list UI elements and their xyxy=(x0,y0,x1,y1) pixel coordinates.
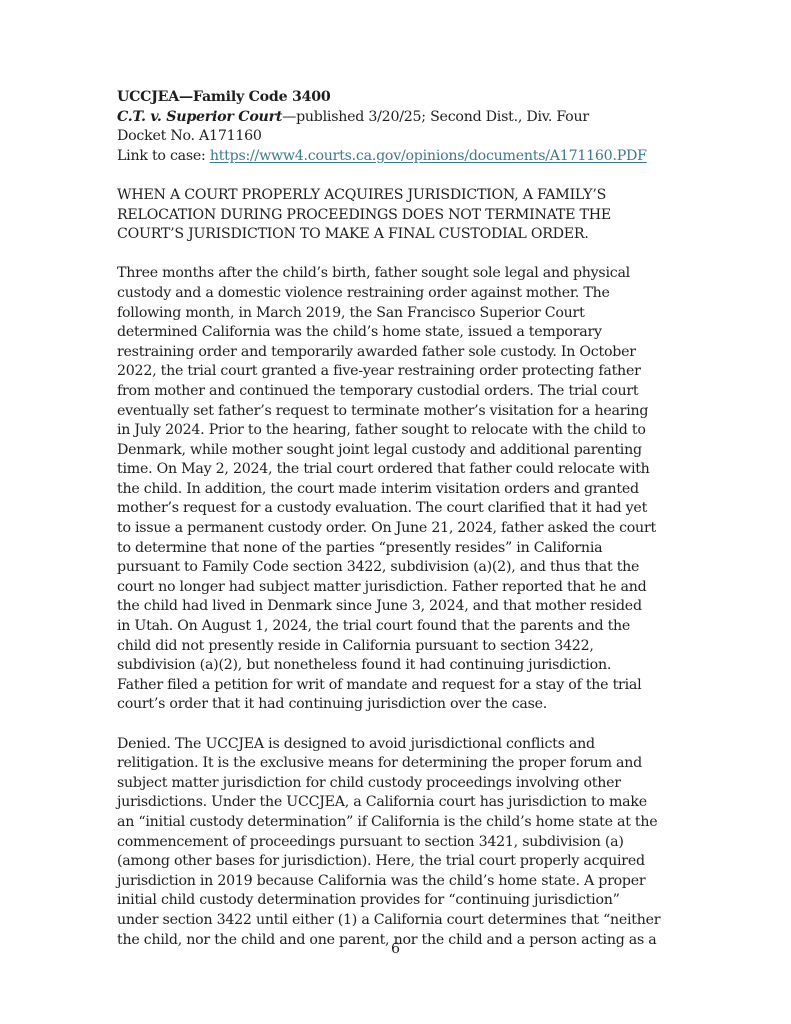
paragraph-line: determined California was the child’s ho… xyxy=(117,323,687,343)
paragraph-line: relitigation. It is the exclusive means … xyxy=(117,754,687,774)
paragraph-line: under section 3422 until either (1) a Ca… xyxy=(117,911,687,931)
paragraph-line: Three months after the child’s birth, fa… xyxy=(117,264,687,284)
paragraph-line: pursuant to Family Code section 3422, su… xyxy=(117,558,687,578)
paragraph-line: to issue a permanent custody order. On J… xyxy=(117,519,687,539)
paragraph-line: time. On May 2, 2024, the trial court or… xyxy=(117,460,687,480)
paragraph-line: commencement of proceedings pursuant to … xyxy=(117,833,687,853)
headline-line: RELOCATION DURING PROCEEDINGS DOES NOT T… xyxy=(117,206,687,226)
headline-line: COURT’S JURISDICTION TO MAKE A FINAL CUS… xyxy=(117,225,687,245)
summary-headline: WHEN A COURT PROPERLY ACQUIRES JURISDICT… xyxy=(117,186,687,245)
topic-heading: UCCJEA—Family Code 3400 xyxy=(117,88,687,108)
paragraph-line: initial child custody determination prov… xyxy=(117,891,687,911)
page-number: 6 xyxy=(0,941,791,957)
case-link-label: Link to case: xyxy=(117,148,210,164)
headline-line: WHEN A COURT PROPERLY ACQUIRES JURISDICT… xyxy=(117,186,687,206)
paragraph-line: (among other bases for jurisdiction). He… xyxy=(117,852,687,872)
paragraph-line: court no longer had subject matter juris… xyxy=(117,578,687,598)
paragraph-line: 2022, the trial court granted a five-yea… xyxy=(117,362,687,382)
paragraph-line: court’s order that it had continuing jur… xyxy=(117,695,687,715)
case-name: C.T. v. Superior Court xyxy=(117,109,282,125)
paragraph-line: following month, in March 2019, the San … xyxy=(117,304,687,324)
document-page: UCCJEA—Family Code 3400 C.T. v. Superior… xyxy=(117,88,687,950)
paragraph-line: jurisdiction in 2019 because California … xyxy=(117,872,687,892)
case-details: —published 3/20/25; Second Dist., Div. F… xyxy=(282,109,589,125)
paragraph-line: subdivision (a)(2), but nonetheless foun… xyxy=(117,656,687,676)
paragraph-line: the child. In addition, the court made i… xyxy=(117,480,687,500)
paragraph-line: the child had lived in Denmark since Jun… xyxy=(117,597,687,617)
paragraph-line: to determine that none of the parties “p… xyxy=(117,539,687,559)
paragraph-line: in Utah. On August 1, 2024, the trial co… xyxy=(117,617,687,637)
paragraph-line: an “initial custody determination” if Ca… xyxy=(117,813,687,833)
facts-paragraph: Three months after the child’s birth, fa… xyxy=(117,264,687,715)
paragraph-line: subject matter jurisdiction for child cu… xyxy=(117,774,687,794)
docket-number: Docket No. A171160 xyxy=(117,127,687,147)
paragraph-line: child did not presently reside in Califo… xyxy=(117,637,687,657)
holding-paragraph: Denied. The UCCJEA is designed to avoid … xyxy=(117,735,687,951)
paragraph-line: Denied. The UCCJEA is designed to avoid … xyxy=(117,735,687,755)
paragraph-line: Denmark, while mother sought joint legal… xyxy=(117,441,687,461)
paragraph-line: jurisdictions. Under the UCCJEA, a Calif… xyxy=(117,793,687,813)
case-link[interactable]: https://www4.courts.ca.gov/opinions/docu… xyxy=(210,148,647,164)
paragraph-line: from mother and continued the temporary … xyxy=(117,382,687,402)
case-citation: C.T. v. Superior Court—published 3/20/25… xyxy=(117,108,687,128)
paragraph-line: Father filed a petition for writ of mand… xyxy=(117,676,687,696)
paragraph-line: in July 2024. Prior to the hearing, fath… xyxy=(117,421,687,441)
paragraph-line: restraining order and temporarily awarde… xyxy=(117,343,687,363)
paragraph-line: mother’s request for a custody evaluatio… xyxy=(117,499,687,519)
paragraph-line: custody and a domestic violence restrain… xyxy=(117,284,687,304)
case-link-line: Link to case: https://www4.courts.ca.gov… xyxy=(117,147,687,167)
paragraph-line: eventually set father’s request to termi… xyxy=(117,402,687,422)
